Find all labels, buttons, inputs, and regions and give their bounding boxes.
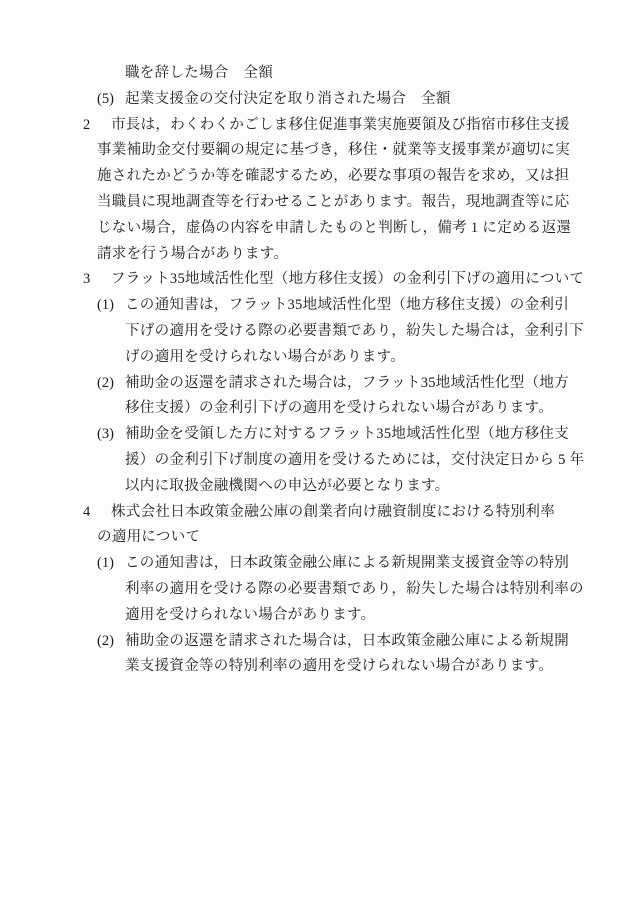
list-item-line: (3)補助金を受領した方に対するフラット35地域活性化型（地方移住支: [0, 422, 630, 448]
list-marker: (2): [97, 629, 125, 655]
line-text: 援）の金利引下げ制度の適用を受けるためには，交付決定日から 5 年: [125, 452, 584, 468]
document-page: { "page": { "background_color": "#fdfdfd…: [0, 0, 630, 903]
section-heading-line: 2市長は，わくわくかごしま移住促進事業実施要領及び指宿市移住支援: [0, 113, 630, 139]
line-text: 利率の適用を受ける際の必要書類であり，紛失した場合は特別利率の: [125, 581, 584, 597]
text-line: 施されたかどうか等を確認するため，必要な事項の報告を求め，又は担: [0, 164, 630, 190]
list-item-line: (1)この通知書は，フラット35地域活性化型（地方移住支援）の金利引: [0, 293, 630, 319]
text-line: じない場合，虚偽の内容を申請したものと判断し，備考 1 に定める返還: [0, 216, 630, 242]
list-item-line: (2)補助金の返還を請求された場合は，フラット35地域活性化型（地方: [0, 371, 630, 397]
text-line: げの適用を受けられない場合があります。: [0, 345, 630, 371]
line-text: 適用を受けられない場合があります。: [125, 607, 375, 623]
list-item-line: (2)補助金の返還を請求された場合は，日本政策金融公庫による新規開: [0, 629, 630, 655]
list-marker: (1): [97, 551, 125, 577]
text-line: 適用を受けられない場合があります。: [0, 603, 630, 629]
line-text: の適用について: [97, 529, 200, 545]
text-line: 利率の適用を受ける際の必要書類であり，紛失した場合は特別利率の: [0, 577, 630, 603]
section-heading-line: 4株式会社日本政策金融公庫の創業者向け融資制度における特別利率: [0, 500, 630, 526]
section-heading-line: 3フラット35地域活性化型（地方移住支援）の金利引下げの適用について: [0, 267, 630, 293]
text-line: 以内に取扱金融機関への申込が必要となります。: [0, 474, 630, 500]
line-text: 補助金を受領した方に対するフラット35地域活性化型（地方移住支: [125, 426, 569, 442]
section-number: 3: [83, 267, 111, 293]
text-line: 職を辞した場合 全額: [0, 61, 630, 87]
text-line: 援）の金利引下げ制度の適用を受けるためには，交付決定日から 5 年: [0, 448, 630, 474]
line-text: 下げの適用を受ける際の必要書類であり，紛失した場合は，金利引下: [125, 323, 584, 339]
text-line: の適用について: [0, 525, 630, 551]
line-text: 起業支援金の交付決定を取り消された場合 全額: [125, 91, 451, 107]
list-marker: (1): [97, 293, 125, 319]
line-text: 業支援資金等の特別利率の適用を受けられない場合があります。: [125, 658, 553, 674]
line-text: 以内に取扱金融機関への申込が必要となります。: [125, 478, 449, 494]
list-item-line: (1)この通知書は，日本政策金融公庫による新規開業支援資金等の特別: [0, 551, 630, 577]
section-number: 2: [83, 113, 111, 139]
line-text: 市長は，わくわくかごしま移住促進事業実施要領及び指宿市移住支援: [111, 117, 570, 133]
line-text: 移住支援）の金利引下げの適用を受けられない場合があります。: [125, 400, 553, 416]
text-line: 業支援資金等の特別利率の適用を受けられない場合があります。: [0, 654, 630, 680]
text-line: 下げの適用を受ける際の必要書類であり，紛失した場合は，金利引下: [0, 319, 630, 345]
list-item-line: (5)起業支援金の交付決定を取り消された場合 全額: [0, 87, 630, 113]
text-line: 当職員に現地調査等を行わせることがあります。報告，現地調査等に応: [0, 190, 630, 216]
text-line: 移住支援）の金利引下げの適用を受けられない場合があります。: [0, 396, 630, 422]
line-text: この通知書は，フラット35地域活性化型（地方移住支援）の金利引: [125, 297, 569, 313]
line-text: じない場合，虚偽の内容を申請したものと判断し，備考 1 に定める返還: [97, 220, 571, 236]
document-body: 職を辞した場合 全額 (5)起業支援金の交付決定を取り消された場合 全額 2市長…: [0, 61, 630, 680]
line-text: 事業補助金交付要綱の規定に基づき，移住・就業等支援事業が適切に実: [97, 142, 570, 158]
line-text: フラット35地域活性化型（地方移住支援）の金利引下げの適用について: [111, 271, 584, 287]
line-text: げの適用を受けられない場合があります。: [125, 349, 405, 365]
line-text: 請求を行う場合があります。: [97, 246, 288, 262]
text-line: 事業補助金交付要綱の規定に基づき，移住・就業等支援事業が適切に実: [0, 138, 630, 164]
line-text: 補助金の返還を請求された場合は，フラット35地域活性化型（地方: [125, 375, 569, 391]
line-text: 補助金の返還を請求された場合は，日本政策金融公庫による新規開: [125, 633, 569, 649]
line-text: この通知書は，日本政策金融公庫による新規開業支援資金等の特別: [125, 555, 569, 571]
line-text: 当職員に現地調査等を行わせることがあります。報告，現地調査等に応: [97, 194, 569, 210]
list-marker: (5): [97, 87, 125, 113]
list-marker: (2): [97, 371, 125, 397]
line-text: 株式会社日本政策金融公庫の創業者向け融資制度における特別利率: [111, 504, 555, 520]
line-text: 職を辞した場合 全額: [125, 65, 273, 81]
list-marker: (3): [97, 422, 125, 448]
line-text: 施されたかどうか等を確認するため，必要な事項の報告を求め，又は担: [97, 168, 569, 184]
section-number: 4: [83, 500, 111, 526]
text-line: 請求を行う場合があります。: [0, 242, 630, 268]
